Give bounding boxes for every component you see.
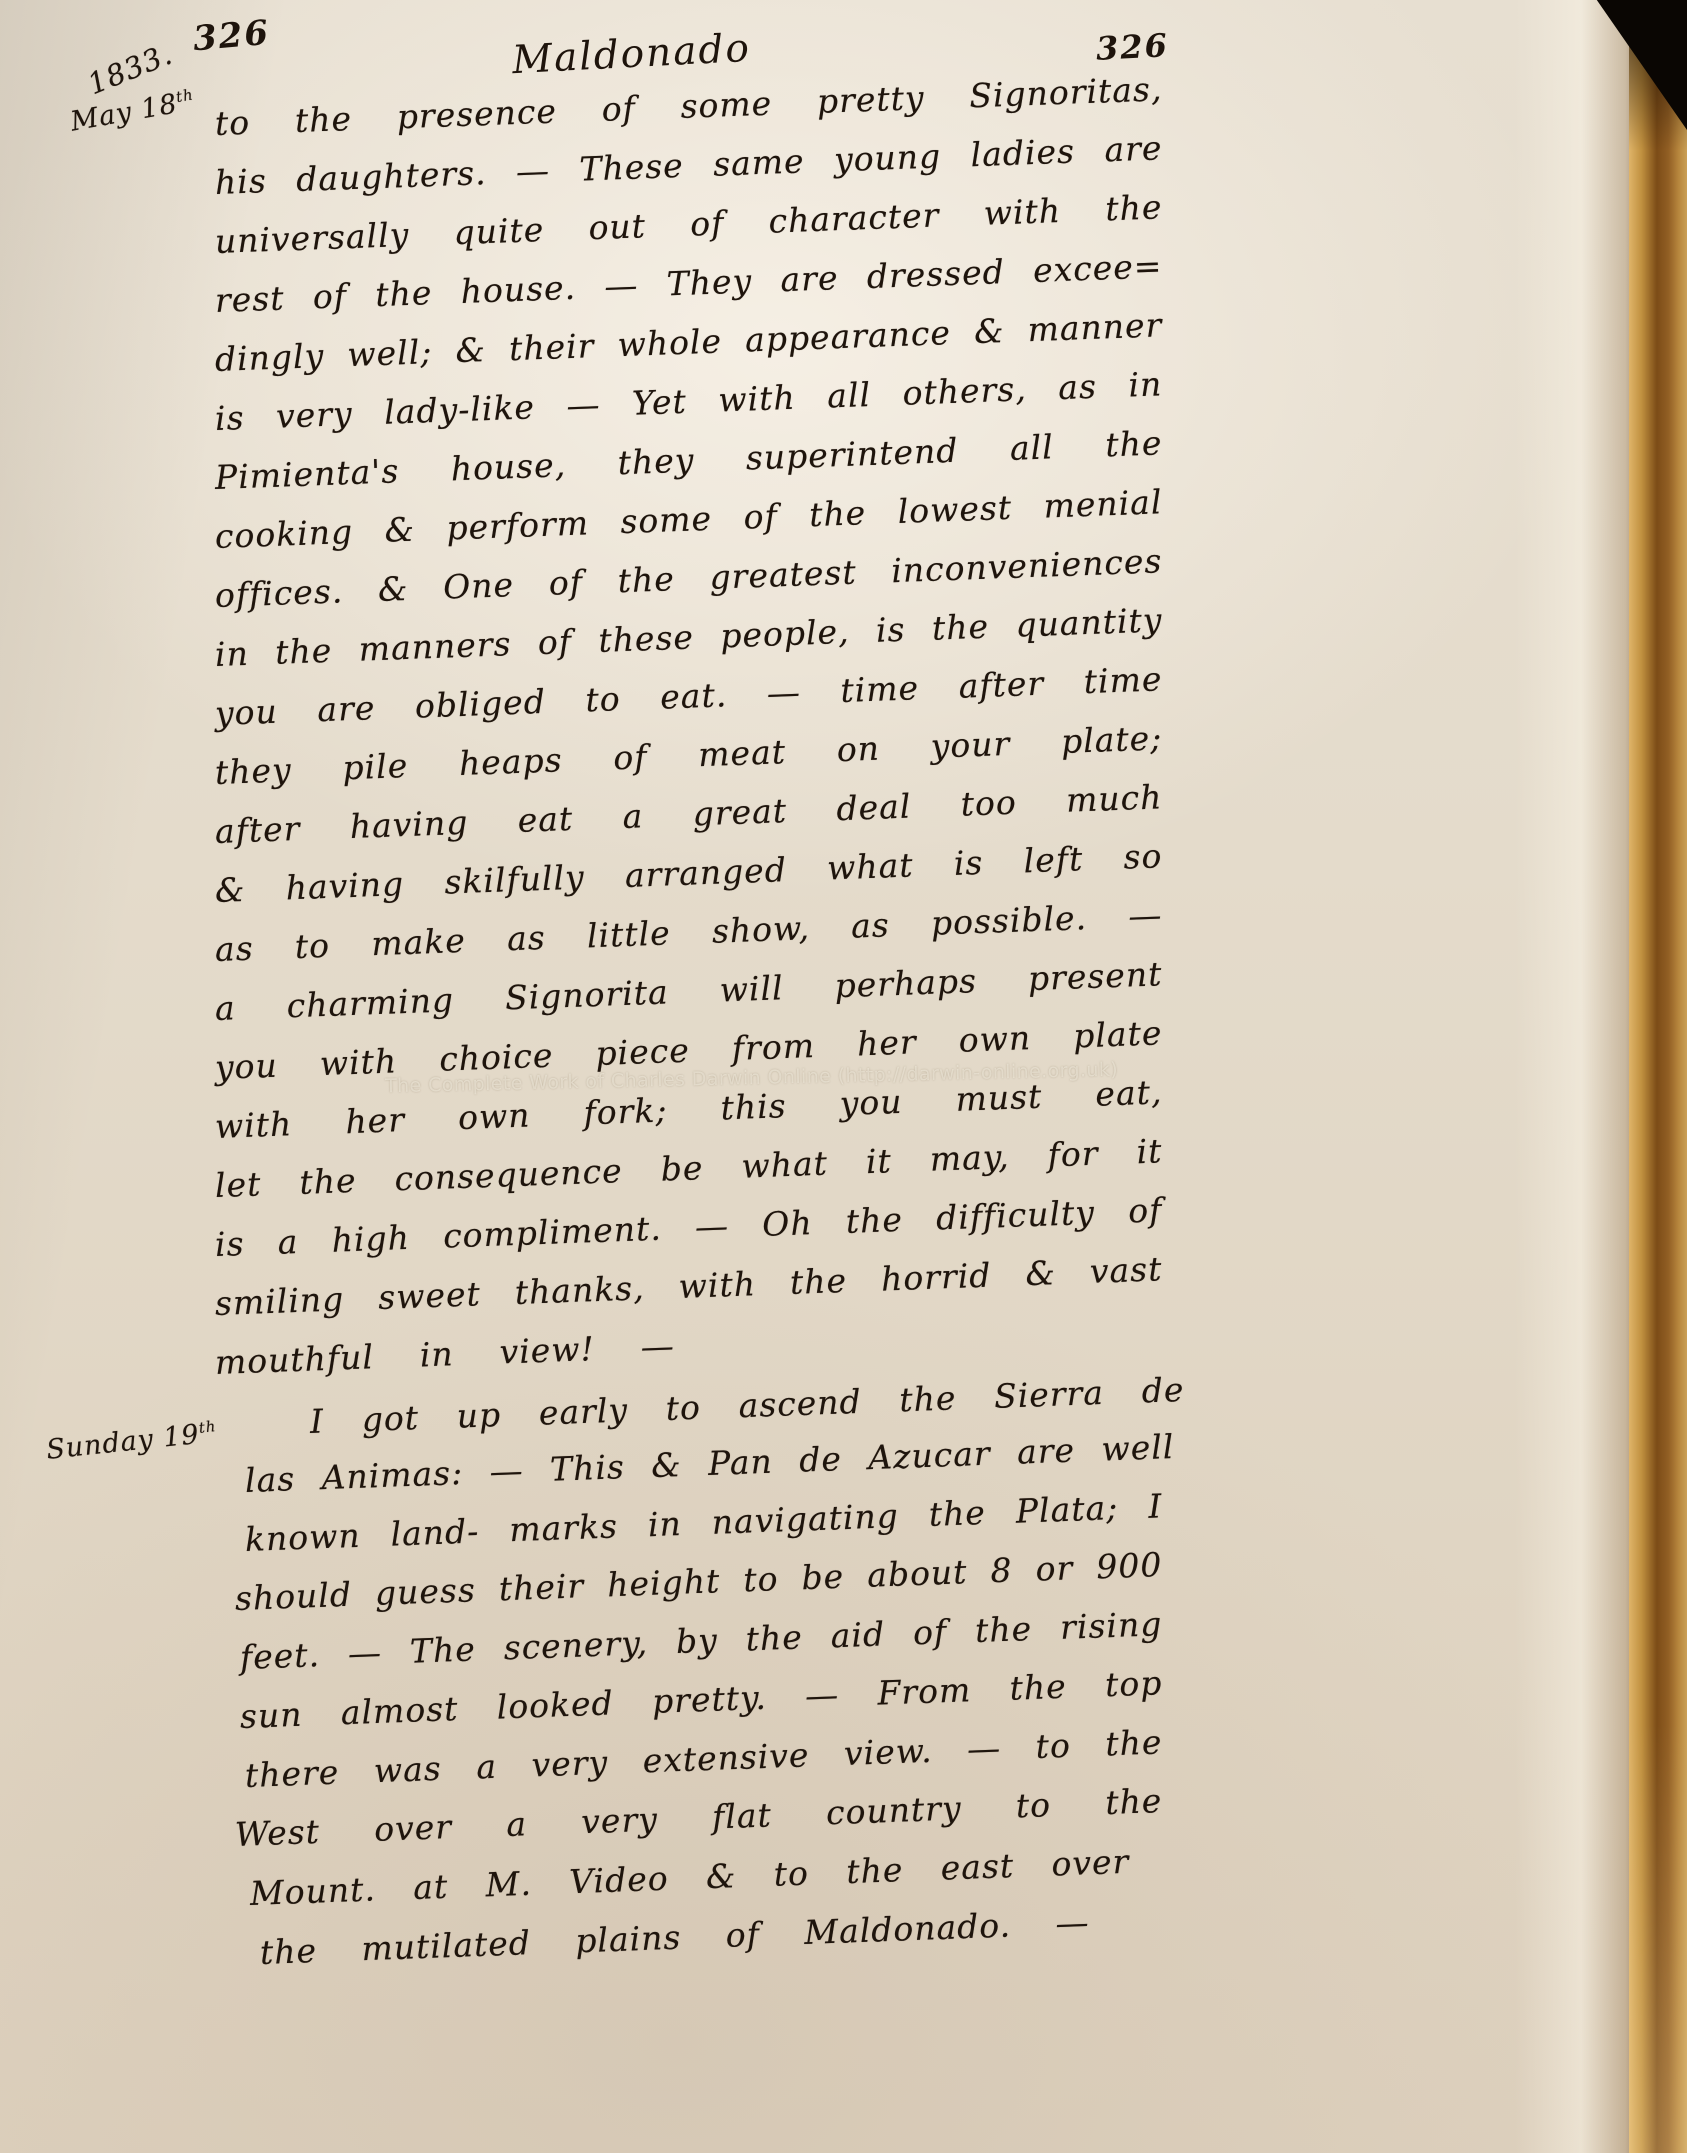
manuscript-word: it (1136, 1127, 1164, 1176)
manuscript-word: dingly (214, 332, 325, 384)
manuscript-word: Maldonado. (803, 1901, 1011, 1956)
manuscript-word: & (214, 866, 246, 915)
manuscript-word: a (505, 1800, 527, 1849)
manuscript-word: over (373, 1803, 453, 1854)
manuscript-word: you (214, 688, 278, 738)
manuscript-word: time (840, 664, 920, 715)
manuscript-word: From (877, 1666, 973, 1717)
manuscript-word: — (1055, 1899, 1091, 1948)
diary-photo: 326 Maldonado 326 1833.May 18thSunday 19… (0, 0, 1687, 2153)
manuscript-word: great (692, 787, 788, 838)
manuscript-word: & (455, 326, 487, 375)
manuscript-word: — (603, 261, 639, 310)
manuscript-word: charming (286, 976, 455, 1030)
manuscript-word: very (531, 1739, 609, 1790)
manuscript-word: high (331, 1214, 411, 1265)
manuscript-word: eat. (659, 671, 728, 721)
manuscript-word: The (409, 1625, 477, 1675)
manuscript-word: be (801, 1553, 845, 1602)
manuscript-word: superintend (745, 427, 959, 483)
manuscript-word: — (1127, 891, 1163, 940)
manuscript-word: eat (517, 795, 574, 845)
manuscript-word: ascend (738, 1378, 863, 1430)
manuscript-word: the (374, 269, 433, 319)
manuscript-word: time (1083, 655, 1163, 706)
manuscript-word: greatest (709, 548, 858, 601)
manuscript-word: — (766, 669, 802, 718)
manuscript-word: Azucar (867, 1430, 991, 1482)
manuscript-word: & (384, 506, 416, 555)
manuscript-word: & (973, 307, 1005, 356)
manuscript-word: little (586, 909, 671, 960)
manuscript-word: for (1047, 1130, 1100, 1180)
manuscript-word: top (1104, 1659, 1163, 1709)
manuscript-word: & (705, 1852, 737, 1901)
manuscript-word: so (1123, 832, 1164, 881)
manuscript-word: all (826, 371, 872, 420)
manuscript-word: is (875, 606, 906, 655)
manuscript-word: perform (446, 499, 590, 552)
manuscript-word: navigating (711, 1492, 900, 1547)
manuscript-word: these (598, 613, 695, 664)
manuscript-word: with (718, 374, 797, 425)
manuscript-word: the (789, 1257, 848, 1307)
manuscript-word: of (725, 1911, 761, 1960)
manuscript-word: — (694, 1202, 730, 1251)
manuscript-word: what (826, 841, 914, 892)
manuscript-word: people, (719, 608, 850, 661)
manuscript-word: by (675, 1617, 719, 1666)
manuscript-word: will (719, 964, 785, 1014)
manuscript-word: the (617, 555, 676, 605)
manuscript-word: — (566, 381, 602, 430)
manuscript-word: own (958, 1014, 1032, 1064)
manuscript-word: fork; (583, 1086, 669, 1137)
manuscript-word: are (1104, 124, 1164, 174)
manuscript-word: to (742, 1555, 779, 1604)
manuscript-word: is (214, 394, 245, 443)
manuscript-word: mutilated (361, 1919, 532, 1973)
manuscript-word: in (214, 630, 250, 679)
manuscript-word: quantity (1015, 596, 1164, 649)
manuscript-word: having (285, 860, 405, 912)
manuscript-word: compliment. (442, 1205, 662, 1261)
manuscript-word: the (931, 603, 990, 653)
manuscript-word: very (580, 1796, 658, 1847)
manuscript-word: of (612, 733, 648, 782)
manuscript-word: whole (617, 317, 723, 369)
page-number-right: 326 (1095, 26, 1170, 68)
manuscript-word: Sierra (993, 1369, 1105, 1421)
manuscript-word: about (866, 1548, 968, 1599)
manuscript-word: height (606, 1557, 721, 1609)
manuscript-word: — (640, 1322, 676, 1371)
manuscript-word: others, (902, 365, 1028, 417)
manuscript-word: in (1128, 360, 1164, 409)
manuscript-word: aid (830, 1610, 886, 1660)
manuscript-word: this (720, 1082, 788, 1132)
manuscript-word: character (768, 191, 941, 245)
manuscript-word: Signoritas, (968, 65, 1163, 120)
manuscript-word: your (930, 720, 1011, 771)
manuscript-word: a (277, 1218, 299, 1267)
manuscript-word: skilfully (444, 853, 586, 906)
manuscript-word: after (214, 805, 301, 856)
manuscript-word: their (508, 322, 595, 373)
manuscript-word: plains (574, 1914, 682, 1966)
manuscript-word: present (1027, 950, 1163, 1003)
manuscript-word: dressed (866, 248, 1006, 301)
manuscript-word: I (1147, 1482, 1163, 1530)
manuscript-word: the (1009, 1663, 1068, 1713)
manuscript-word: de (798, 1435, 842, 1484)
manuscript-word: east (940, 1842, 1015, 1893)
manuscript-word: his (214, 157, 267, 207)
manuscript-word: very (275, 390, 353, 441)
manuscript-word: of (912, 1608, 948, 1657)
manuscript-word: sun (239, 1691, 303, 1741)
manuscript-word: at (412, 1863, 449, 1912)
manuscript-word: — (515, 147, 551, 196)
manuscript-word: These (579, 142, 685, 194)
manuscript-word: the (845, 1196, 904, 1246)
manuscript-word: flat (711, 1791, 772, 1841)
manuscript-word: inconveniences (890, 537, 1163, 595)
manuscript-word: to (585, 675, 622, 724)
manuscript-word: thanks, (514, 1264, 646, 1317)
manuscript-word: & (1025, 1249, 1057, 1298)
manuscript-word: early (538, 1386, 629, 1437)
manuscript-word: lady-like (383, 383, 535, 436)
manuscript-word: 8 (990, 1547, 1014, 1596)
manuscript-word: same (712, 137, 805, 188)
manuscript-word: with (983, 187, 1062, 238)
manuscript-word: should (234, 1571, 353, 1623)
manuscript-word: difficulty (935, 1189, 1096, 1243)
manuscript-word: heaps (458, 736, 563, 788)
manuscript-word: of (743, 492, 779, 541)
manuscript-word: the (928, 1489, 987, 1539)
manuscript-word: some (620, 495, 713, 546)
manuscript-word: with (678, 1260, 757, 1311)
manuscript-word: rest (214, 274, 285, 324)
manuscript-word: it (865, 1137, 893, 1186)
manuscript-word: is (953, 839, 984, 888)
manuscript-word: lowest (897, 484, 1013, 536)
manuscript-word: let (214, 1160, 262, 1210)
manuscript-word: the (259, 1927, 318, 1977)
manuscript-word: young (833, 132, 942, 184)
manuscript-word: Video (568, 1855, 669, 1906)
manuscript-word: the (1104, 1718, 1163, 1768)
manuscript-word: Mount. (249, 1865, 377, 1917)
manuscript-word: the (974, 1605, 1033, 1655)
manuscript-word: rising (1059, 1600, 1163, 1652)
manuscript-word: house, (450, 441, 567, 493)
manuscript-word: excee= (1032, 242, 1163, 295)
manuscript-word: offices. (214, 567, 344, 620)
manuscript-word: M. (485, 1860, 533, 1910)
manuscript-word: One (442, 561, 515, 611)
manuscript-word: to (1035, 1722, 1072, 1771)
manuscript-word: manners (358, 620, 512, 673)
manuscript-word: plate; (1060, 714, 1163, 766)
manuscript-word: — (489, 1447, 525, 1496)
manuscript-word: they (214, 746, 292, 797)
manuscript-word: the (294, 95, 353, 145)
manuscript-word: — (804, 1671, 840, 1720)
manuscript-word: too (960, 779, 1018, 829)
manuscript-word: pretty (816, 74, 925, 126)
manuscript-word: consequence (394, 1147, 624, 1203)
manuscript-word: presence (396, 87, 558, 141)
manuscript-word: quite (453, 206, 545, 257)
manuscript-word: got (361, 1394, 420, 1444)
manuscript-word: make (370, 917, 466, 968)
manuscript-word: country (825, 1784, 962, 1837)
manuscript-word: las (244, 1455, 296, 1505)
manuscript-word: there (244, 1749, 340, 1800)
manuscript-word: view! (499, 1325, 596, 1376)
manuscript-word: with (214, 1100, 293, 1151)
manuscript-word: to (665, 1384, 702, 1433)
manuscript-word: as (214, 925, 254, 974)
manuscript-word: 900 (1095, 1541, 1163, 1591)
manuscript-word: of (689, 199, 725, 248)
manuscript-word: their (498, 1562, 585, 1613)
manuscript-word: in (419, 1330, 455, 1379)
manuscript-word: a (214, 984, 236, 1033)
manuscript-word: mouthful (214, 1333, 375, 1387)
manuscript-word: arranged (624, 846, 788, 900)
manuscript-word: almost (340, 1685, 459, 1737)
manuscript-word: are (780, 254, 840, 304)
manuscript-word: the (299, 1157, 358, 1207)
manuscript-word: extensive (642, 1731, 811, 1785)
manuscript-word: daughters. (295, 149, 487, 204)
manuscript-word: of (537, 618, 573, 667)
manuscript-word: obliged (414, 678, 547, 731)
manuscript-word: you (214, 1042, 278, 1092)
manuscript-word: sweet (377, 1270, 481, 1322)
manuscript-word: land- (390, 1507, 480, 1558)
manuscript-word: — (966, 1724, 1002, 1773)
manuscript-word: Animas: (321, 1449, 464, 1502)
manuscript-word: much (1065, 773, 1163, 824)
manuscript-word: as (1057, 363, 1097, 412)
manuscript-word: West (234, 1808, 321, 1859)
manuscript-word: They (666, 257, 753, 308)
manuscript-word: is (214, 1220, 245, 1269)
manuscript-word: marks (508, 1502, 618, 1554)
manuscript-word: the (274, 627, 333, 677)
manuscript-word: meat (697, 728, 786, 779)
manuscript-word: Signorita (504, 968, 669, 1022)
manuscript-word: are (317, 684, 377, 734)
manuscript-word: after (958, 660, 1045, 711)
manuscript-word: view. (843, 1727, 933, 1778)
manuscript-word: to (1015, 1781, 1052, 1830)
manuscript-word: possible. (930, 894, 1088, 948)
manuscript-word: ladies (970, 127, 1076, 179)
manuscript-word: the (845, 1846, 904, 1896)
manuscript-word: her (856, 1018, 917, 1068)
manuscript-word: horrid (880, 1252, 992, 1304)
manuscript-word: to (773, 1850, 810, 1899)
manuscript-word: in (647, 1500, 683, 1549)
manuscript-word: Oh (761, 1199, 813, 1249)
manuscript-word: Pimienta's (214, 447, 400, 502)
book-fore-edge (1629, 0, 1687, 2153)
manuscript-word: having (349, 799, 469, 851)
manuscript-word: what (741, 1140, 829, 1191)
manuscript-word: plate (1072, 1009, 1163, 1060)
manuscript-word: of (312, 272, 348, 321)
manuscript-word: known (244, 1512, 361, 1564)
manuscript-word: all (1009, 423, 1055, 472)
manuscript-word: perhaps (834, 957, 978, 1010)
manuscript-word: was (373, 1745, 443, 1795)
manuscript-word: of (548, 559, 584, 608)
manuscript-word: well (1101, 1423, 1176, 1473)
manuscript-word: pretty. (651, 1674, 767, 1726)
manuscript-word: be (660, 1144, 704, 1193)
manuscript-word: looked (496, 1679, 615, 1731)
manuscript-word: scenery, (503, 1619, 649, 1672)
manuscript-word: appearance (744, 309, 951, 364)
manuscript-word: to (214, 99, 251, 148)
manuscript-word: deal (836, 782, 913, 833)
manuscript-word: as (506, 914, 546, 963)
manuscript-word: up (456, 1391, 502, 1440)
manuscript-word: I (309, 1398, 325, 1446)
manuscript-word: or (1035, 1544, 1074, 1593)
manuscript-word: — (347, 1629, 383, 1678)
manuscript-word: de (1141, 1366, 1185, 1415)
manuscript-word: on (836, 725, 881, 774)
manuscript-word: vast (1089, 1245, 1163, 1295)
manuscript-word: Plata; (1015, 1484, 1119, 1536)
manuscript-word: manner (1027, 301, 1163, 354)
manuscript-word: the (1104, 419, 1163, 469)
manuscript-word: cooking (214, 508, 354, 561)
manuscript-word: the (745, 1613, 804, 1663)
manuscript-word: the (1104, 183, 1163, 233)
manuscript-word: & (650, 1441, 682, 1490)
manuscript-word: guess (374, 1566, 476, 1618)
manuscript-word: feet. (239, 1631, 321, 1682)
manuscript-word: are (1016, 1427, 1076, 1477)
manuscript-word: Yet (631, 378, 687, 428)
manuscript-word: the (808, 489, 867, 539)
manuscript-word: well; (347, 328, 434, 379)
manuscript-word: the (1104, 1777, 1163, 1827)
manuscript-word: left (1023, 835, 1084, 885)
manuscript-word: This (549, 1443, 625, 1494)
manuscript-word: her (345, 1096, 406, 1146)
manuscript-word: own (457, 1091, 531, 1141)
manuscript-word: pile (342, 742, 409, 792)
manuscript-word: smiling (214, 1275, 345, 1328)
manuscript-word: the (898, 1374, 957, 1424)
page-number-left: 326 (191, 13, 271, 60)
manuscript-word: a (622, 792, 644, 841)
manuscript-word: of (1127, 1186, 1163, 1235)
manuscript-word: as (850, 901, 890, 950)
manuscript-word: & (377, 565, 409, 614)
manuscript-word: they (617, 436, 695, 487)
manuscript-word: some (680, 80, 773, 131)
manuscript-word: show, (711, 904, 811, 955)
manuscript-word: may, (929, 1133, 1010, 1184)
manuscript-word: universally (214, 211, 410, 266)
manuscript-word: out (588, 202, 647, 252)
manuscript-word: over (1051, 1838, 1131, 1889)
manuscript-word: of (601, 85, 637, 134)
manuscript-word: Pan (707, 1438, 773, 1488)
manuscript-word: house. (460, 264, 577, 316)
manuscript-word: menial (1043, 478, 1164, 530)
manuscript-word: a (475, 1743, 497, 1792)
manuscript-word: to (294, 922, 331, 971)
